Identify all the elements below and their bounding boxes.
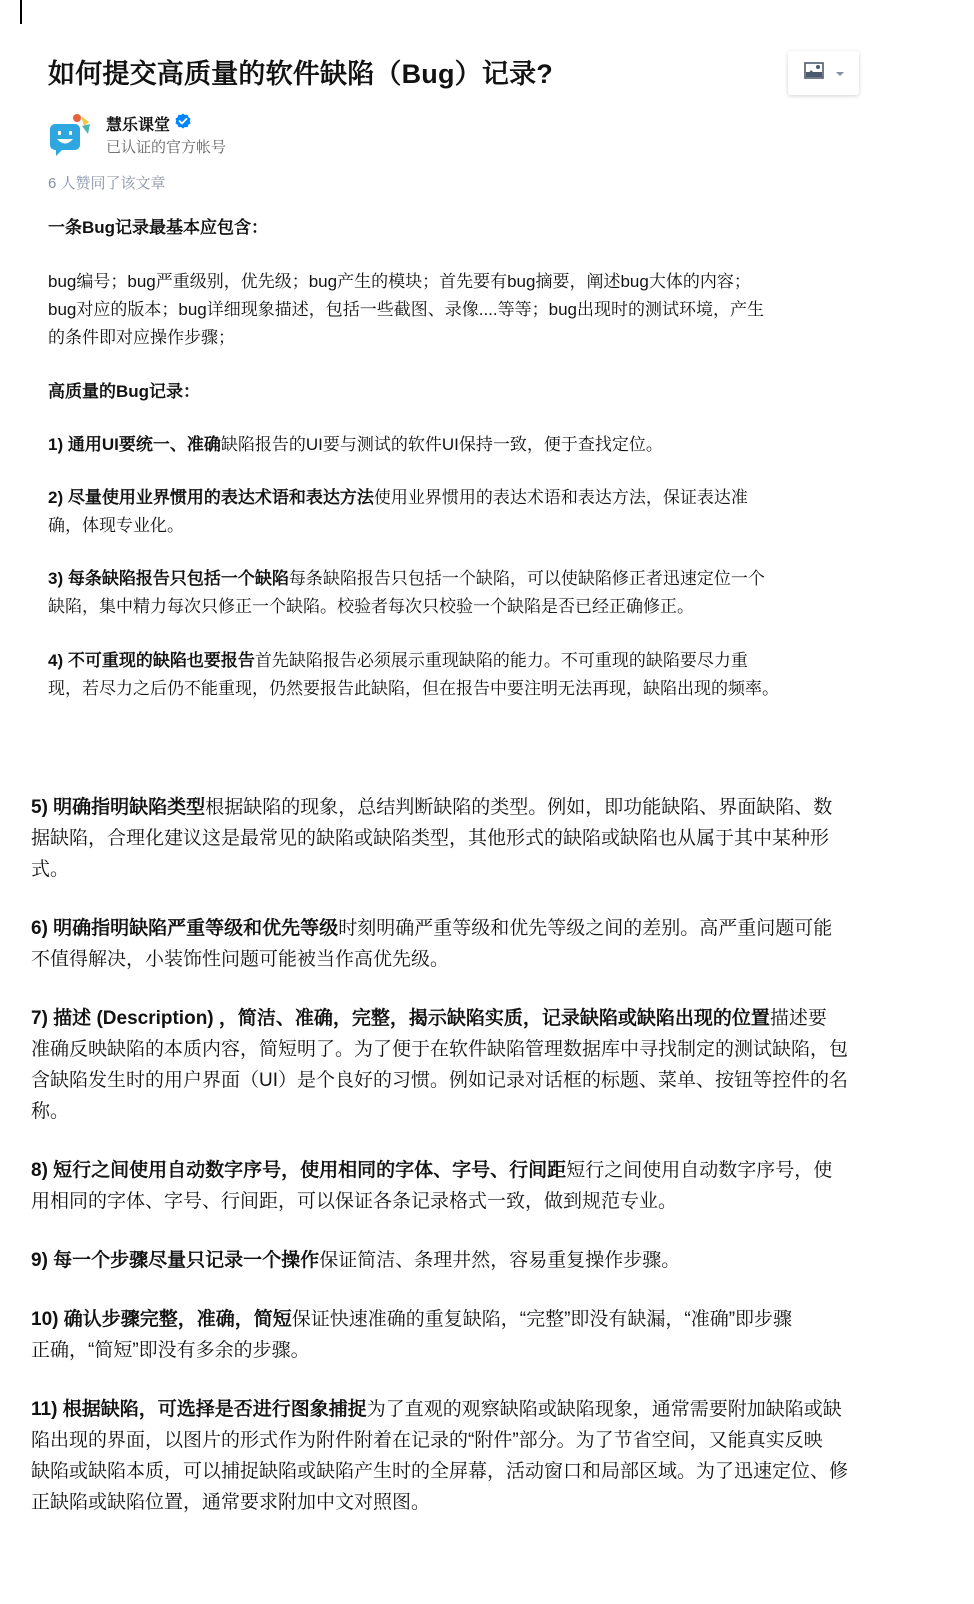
item-text: 首先缺陷报告必须展示重现缺陷的能力。不可重现的缺陷要尽力重 [255,651,748,670]
item-text: 陷出现的界面，以图片的形式作为附件附着在记录的“附件”部分。为了节省空间，又能真… [31,1430,823,1451]
item-text: 现，若尽力之后仍不能重现，仍然要报告此缺陷，但在报告中要注明无法再现，缺陷出现的… [48,679,779,698]
item-title: 5) 明确指明缺陷类型 [31,797,205,818]
basic-body-line: bug对应的版本；bug详细现象描述，包括一些截图、录像....等等；bug出现… [48,300,764,319]
item-text: 保证简洁、条理井然，容易重复操作步骤。 [319,1250,680,1271]
basic-body-line: 的条件即对应操作步骤； [48,328,235,347]
item-title: 3) 每条缺陷报告只包括一个缺陷 [48,569,289,588]
item-text: 短行之间使用自动数字序号，使 [566,1160,832,1181]
item-4: 4) 不可重现的缺陷也要报告首先缺陷报告必须展示重现缺陷的能力。不可重现的缺陷要… [48,647,818,703]
verified-badge-icon [175,113,191,134]
item-9: 9) 每一个步骤尽量只记录一个操作保证简洁、条理井然，容易重复操作步骤。 [31,1245,881,1276]
item-text: 缺陷，集中精力每次只修正一个缺陷。校验者每次只校验一个缺陷是否已经正确修正。 [48,597,694,616]
basic-body-line: bug编号；bug严重级别，优先级；bug产生的模块；首先要有bug摘要，阐述b… [48,272,751,291]
item-text: 据缺陷，合理化建议这是最常见的缺陷或缺陷类型，其他形式的缺陷或缺陷也从属于其中某… [31,828,829,849]
item-title: 2) 尽量使用业界惯用的表达术语和表达方法 [48,488,374,507]
item-text: 保证快速准确的重复缺陷，“完整”即没有缺漏，“准确”即步骤 [292,1309,792,1330]
item-2: 2) 尽量使用业界惯用的表达术语和表达方法使用业界惯用的表达术语和表达方法，保证… [48,484,818,540]
avatar[interactable] [48,112,94,158]
item-text: 缺陷或缺陷本质，可以捕捉缺陷或缺陷产生时的全屏幕，活动窗口和局部区域。为了迅速定… [31,1461,848,1482]
author-name[interactable]: 慧乐课堂 [106,112,170,135]
item-title: 11) 根据缺陷，可选择是否进行图象捕捉 [31,1399,367,1420]
item-title: 1) 通用UI要统一、准确 [48,435,221,454]
caret-down-icon [836,72,844,76]
item-text: 不值得解决，小装饰性问题可能被当作高优先级。 [31,949,449,970]
basic-heading: 一条Bug记录最基本应包含： [48,214,818,242]
item-text: 式。 [31,859,69,880]
likes-count[interactable]: 6 人赞同了该文章 [48,172,166,193]
article-title: 如何提交高质量的软件缺陷（Bug）记录? [48,52,553,91]
item-text: 为了直观的观察缺陷或缺陷现象，通常需要附加缺陷或缺 [367,1399,842,1420]
item-text: 用相同的字体、字号、行间距，可以保证各条记录格式一致，做到规范专业。 [31,1191,677,1212]
item-11: 11) 根据缺陷，可选择是否进行图象捕捉为了直观的观察缺陷或缺陷现象，通常需要附… [31,1394,881,1518]
insert-image-button[interactable] [788,51,859,95]
item-text: 描述要 [770,1008,827,1029]
item-text: 确，体现专业化。 [48,516,184,535]
item-text: 正确，“简短”即没有多余的步骤。 [31,1340,310,1361]
item-text: 正缺陷或缺陷位置，通常要求附加中文对照图。 [31,1492,430,1513]
item-title: 8) 短行之间使用自动数字序号，使用相同的字体、字号、行间距 [31,1160,566,1181]
item-text: 时刻明确严重等级和优先等级之间的差别。高严重问题可能 [338,918,832,939]
item-5: 5) 明确指明缺陷类型根据缺陷的现象，总结判断缺陷的类型。例如，即功能缺陷、界面… [31,792,881,885]
item-text: 每条缺陷报告只包括一个缺陷，可以使缺陷修正者迅速定位一个 [289,569,765,588]
item-text: 根据缺陷的现象，总结判断缺陷的类型。例如，即功能缺陷、界面缺陷、数 [205,797,832,818]
item-text: 缺陷报告的UI要与测试的软件UI保持一致，便于查找定位。 [221,435,663,454]
item-text: 含缺陷发生时的用户界面（UI）是个良好的习惯。例如记录对话框的标题、菜单、按钮等… [31,1070,848,1091]
item-title: 7) 描述 (Description) ，简洁、准确，完整，揭示缺陷实质，记录缺… [31,1008,770,1029]
author-card: 慧乐课堂 已认证的官方帐号 [48,112,226,158]
item-6: 6) 明确指明缺陷严重等级和优先等级时刻明确严重等级和优先等级之间的差别。高严重… [31,913,881,975]
item-1: 1) 通用UI要统一、准确缺陷报告的UI要与测试的软件UI保持一致，便于查找定位… [48,431,818,459]
item-title: 9) 每一个步骤尽量只记录一个操作 [31,1250,319,1271]
author-verified-label: 已认证的官方帐号 [106,136,226,157]
item-title: 4) 不可重现的缺陷也要报告 [48,651,255,670]
item-text: 使用业界惯用的表达术语和表达方法，保证表达准 [374,488,748,507]
item-7: 7) 描述 (Description) ，简洁、准确，完整，揭示缺陷实质，记录缺… [31,1003,881,1127]
image-icon [804,62,824,84]
basic-body: bug编号；bug严重级别，优先级；bug产生的模块；首先要有bug摘要，阐述b… [48,268,818,352]
item-title: 10) 确认步骤完整，准确，简短 [31,1309,292,1330]
item-text: 称。 [31,1101,69,1122]
quality-heading: 高质量的Bug记录： [48,378,818,406]
item-8: 8) 短行之间使用自动数字序号，使用相同的字体、字号、行间距短行之间使用自动数字… [31,1155,881,1217]
text-cursor [20,0,22,24]
item-text: 准确反映缺陷的本质内容，简短明了。为了便于在软件缺陷管理数据库中寻找制定的测试缺… [31,1039,848,1060]
item-title: 6) 明确指明缺陷严重等级和优先等级 [31,918,338,939]
item-3: 3) 每条缺陷报告只包括一个缺陷每条缺陷报告只包括一个缺陷，可以使缺陷修正者迅速… [48,565,818,621]
item-10: 10) 确认步骤完整，准确，简短保证快速准确的重复缺陷，“完整”即没有缺漏，“准… [31,1304,881,1366]
